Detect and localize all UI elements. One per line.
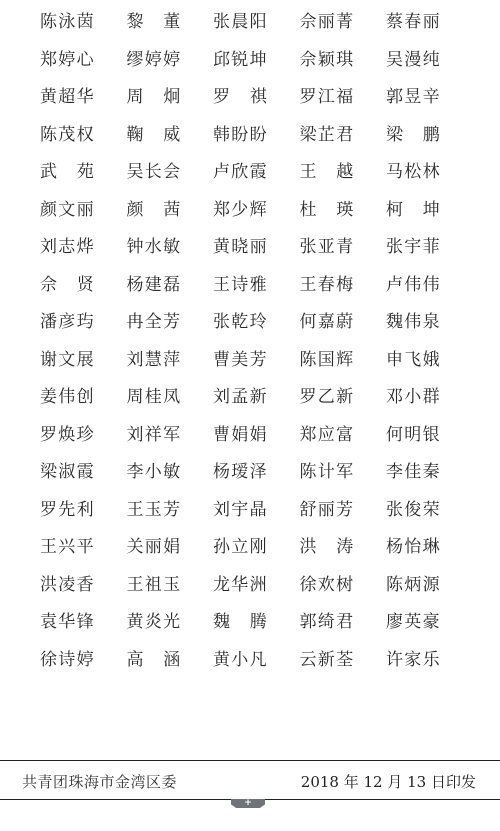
- person-name: 张俊荣: [386, 495, 473, 520]
- person-name: 杨怡琳: [386, 532, 473, 557]
- person-name: 黄晓丽: [213, 232, 300, 257]
- person-name: 关丽娟: [127, 532, 214, 557]
- name-row: 洪凌香王祖玉龙华洲徐欢树陈炳源: [40, 564, 480, 602]
- person-name: 杨瑷泽: [213, 457, 300, 482]
- person-name: 许家乐: [386, 645, 473, 670]
- name-row: 武苑吴长会卢欣霞王越马松林: [40, 151, 480, 189]
- person-name: 梁淑霞: [40, 457, 127, 482]
- person-name: 郭绮君: [300, 607, 387, 632]
- person-name: 王春梅: [300, 270, 387, 295]
- person-name: 申飞娥: [386, 345, 473, 370]
- person-name: 张晨阳: [213, 7, 300, 32]
- person-name: 罗先利: [40, 495, 127, 520]
- person-name: 陈炳源: [386, 570, 473, 595]
- person-name: 何嘉蔚: [300, 307, 387, 332]
- person-name: 梁芷君: [300, 120, 387, 145]
- name-row: 罗焕珍刘祥军曹娟娟郑应富何明银: [40, 414, 480, 452]
- person-name: 佘贤: [40, 270, 95, 295]
- person-name: 卢伟伟: [386, 270, 473, 295]
- person-name: 魏腾: [213, 607, 268, 632]
- person-name: 马松林: [386, 157, 473, 182]
- person-name: 云新荃: [300, 645, 387, 670]
- person-name: 魏伟泉: [386, 307, 473, 332]
- person-name: 陈茂权: [40, 120, 127, 145]
- name-list: 陈泳茵黎董张晨阳佘丽菁蔡春丽郑婷心缪婷婷邱锐坤佘颖琪吴漫纯黄超华周炯罗祺罗江福郭…: [40, 1, 480, 676]
- issuing-organization: 共青团珠海市金湾区委: [22, 771, 177, 792]
- person-name: 邱锐坤: [213, 45, 300, 70]
- person-name: 郭昱辛: [386, 82, 473, 107]
- person-name: 佘丽菁: [300, 7, 387, 32]
- person-name: 韩盼盼: [213, 120, 300, 145]
- person-name: 潘彦玙: [40, 307, 127, 332]
- name-row: 梁淑霞李小敏杨瑷泽陈计军李佳秦: [40, 451, 480, 489]
- person-name: 郑应富: [300, 420, 387, 445]
- person-name: 龙华洲: [213, 570, 300, 595]
- person-name: 徐诗婷: [40, 645, 127, 670]
- expand-toggle-button[interactable]: +: [231, 799, 265, 808]
- person-name: 郑婷心: [40, 45, 127, 70]
- person-name: 郑少辉: [213, 195, 300, 220]
- person-name: 卢欣霞: [213, 157, 300, 182]
- person-name: 颜文丽: [40, 195, 127, 220]
- person-name: 钟水敏: [127, 232, 214, 257]
- person-name: 何明银: [386, 420, 473, 445]
- person-name: 李佳秦: [386, 457, 473, 482]
- person-name: 王越: [300, 157, 355, 182]
- person-name: 徐欢树: [300, 570, 387, 595]
- person-name: 邓小群: [386, 382, 473, 407]
- person-name: 刘志烨: [40, 232, 127, 257]
- name-row: 陈茂权鞠威韩盼盼梁芷君梁鹏: [40, 114, 480, 152]
- person-name: 吴长会: [127, 157, 214, 182]
- issue-date: 2018 年 12 月 13 日印发: [301, 771, 476, 792]
- person-name: 廖英豪: [386, 607, 473, 632]
- plus-icon: +: [244, 799, 252, 808]
- person-name: 袁华锋: [40, 607, 127, 632]
- person-name: 曹娟娟: [213, 420, 300, 445]
- person-name: 鞠威: [127, 120, 182, 145]
- name-row: 潘彦玙冉全芳张乾玲何嘉蔚魏伟泉: [40, 301, 480, 339]
- person-name: 杨建磊: [127, 270, 214, 295]
- person-name: 刘宇晶: [213, 495, 300, 520]
- person-name: 武苑: [40, 157, 95, 182]
- name-row: 姜伟创周桂凤刘孟新罗乙新邓小群: [40, 376, 480, 414]
- person-name: 罗乙新: [300, 382, 387, 407]
- name-row: 袁华锋黄炎光魏腾郭绮君廖英豪: [40, 601, 480, 639]
- name-row: 王兴平关丽娟孙立刚洪涛杨怡琳: [40, 526, 480, 564]
- person-name: 陈泳茵: [40, 7, 127, 32]
- name-row: 郑婷心缪婷婷邱锐坤佘颖琪吴漫纯: [40, 39, 480, 77]
- person-name: 洪凌香: [40, 570, 127, 595]
- name-row: 陈泳茵黎董张晨阳佘丽菁蔡春丽: [40, 1, 480, 39]
- person-name: 缪婷婷: [127, 45, 214, 70]
- name-row: 徐诗婷高涵黄小凡云新荃许家乐: [40, 639, 480, 677]
- person-name: 吴漫纯: [386, 45, 473, 70]
- person-name: 张乾玲: [213, 307, 300, 332]
- name-row: 佘贤杨建磊王诗雅王春梅卢伟伟: [40, 264, 480, 302]
- person-name: 洪涛: [300, 532, 355, 557]
- person-name: 蔡春丽: [386, 7, 473, 32]
- person-name: 陈计军: [300, 457, 387, 482]
- name-row: 罗先利王玉芳刘宇晶舒丽芳张俊荣: [40, 489, 480, 527]
- person-name: 罗江福: [300, 82, 387, 107]
- name-row: 颜文丽颜茜郑少辉杜瑛柯坤: [40, 189, 480, 227]
- person-name: 曹美芳: [213, 345, 300, 370]
- person-name: 谢文展: [40, 345, 127, 370]
- person-name: 王诗雅: [213, 270, 300, 295]
- person-name: 姜伟创: [40, 382, 127, 407]
- person-name: 杜瑛: [300, 195, 355, 220]
- person-name: 刘孟新: [213, 382, 300, 407]
- person-name: 王祖玉: [127, 570, 214, 595]
- person-name: 王玉芳: [127, 495, 214, 520]
- person-name: 颜茜: [127, 195, 182, 220]
- person-name: 周炯: [127, 82, 182, 107]
- person-name: 黄炎光: [127, 607, 214, 632]
- name-row: 刘志烨钟水敏黄晓丽张亚青张宇菲: [40, 226, 480, 264]
- person-name: 佘颖琪: [300, 45, 387, 70]
- person-name: 周桂凤: [127, 382, 214, 407]
- person-name: 张亚青: [300, 232, 387, 257]
- person-name: 李小敏: [127, 457, 214, 482]
- document-footer: 共青团珠海市金湾区委 2018 年 12 月 13 日印发: [0, 760, 500, 800]
- name-row: 黄超华周炯罗祺罗江福郭昱辛: [40, 76, 480, 114]
- person-name: 柯坤: [386, 195, 441, 220]
- name-row: 谢文展刘慧萍曹美芳陈国辉申飞娥: [40, 339, 480, 377]
- person-name: 黎董: [127, 7, 182, 32]
- person-name: 罗祺: [213, 82, 268, 107]
- person-name: 罗焕珍: [40, 420, 127, 445]
- person-name: 刘祥军: [127, 420, 214, 445]
- person-name: 孙立刚: [213, 532, 300, 557]
- person-name: 黄小凡: [213, 645, 300, 670]
- person-name: 陈国辉: [300, 345, 387, 370]
- person-name: 张宇菲: [386, 232, 473, 257]
- person-name: 舒丽芳: [300, 495, 387, 520]
- person-name: 高涵: [127, 645, 182, 670]
- person-name: 王兴平: [40, 532, 127, 557]
- person-name: 冉全芳: [127, 307, 214, 332]
- person-name: 黄超华: [40, 82, 127, 107]
- person-name: 刘慧萍: [127, 345, 214, 370]
- person-name: 梁鹏: [386, 120, 441, 145]
